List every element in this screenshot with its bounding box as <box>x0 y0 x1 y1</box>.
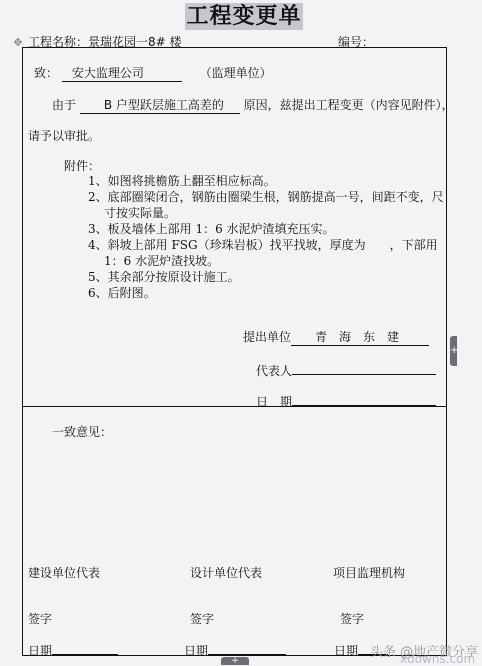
attachment-item: 3、板及墙体上部用 1：6 水泥炉渣填充压实。 <box>88 221 448 237</box>
consensus-label: 一致意见： <box>52 423 112 440</box>
to-label: 致： <box>34 66 58 80</box>
submitter-value[interactable]: 青 海 东 建 <box>291 328 429 346</box>
date-line: 日 期 <box>256 391 436 410</box>
date-label: 日 期 <box>256 395 292 409</box>
sign-date-label: 日期 <box>184 644 208 658</box>
attachment-list: 1、如图将挑檐筋上翻至相应标高。 2、底部圈梁闭合，钢筋由圈梁生根，钢筋提高一号… <box>88 173 448 301</box>
attachment-item: 4、斜坡上部用 FSG（珍珠岩板）找平找坡，厚度为 ，下部用 <box>88 237 448 253</box>
submitter-label: 提出单位 <box>243 330 291 344</box>
attachment-label: 附件： <box>64 157 100 174</box>
submitter-line: 提出单位青 海 东 建 <box>243 328 429 346</box>
attachment-item: 1：6 水泥炉渣找坡。 <box>88 253 448 269</box>
sign-col-title: 设计单位代表 <box>190 564 262 581</box>
reason-line: 由于 B 户型跃层施工高差的 原因，兹提出工程变更（内容见附件）， <box>52 96 454 114</box>
sign-label: 签字 <box>340 610 364 627</box>
approval-text: 请予以审批。 <box>28 127 100 144</box>
attachment-item: 6、后附图。 <box>88 285 448 301</box>
sign-date-field[interactable] <box>208 640 286 655</box>
sign-label: 签字 <box>28 610 52 627</box>
attachment-item: 2、底部圈梁闭合，钢筋由圈梁生根，钢筋提高一号，间距不变，尺 <box>88 189 448 205</box>
reason-suffix: 原因，兹提出工程变更（内容见附件）， <box>244 98 454 112</box>
representative-label: 代表人 <box>256 364 292 378</box>
to-line: 致： 安大监理公司 （监理单位） <box>34 64 272 82</box>
document-title: 工程变更单 <box>185 3 303 30</box>
attachment-item: 5、其余部分按原设计施工。 <box>88 269 448 285</box>
date-field[interactable] <box>292 391 436 406</box>
reason-value[interactable]: B 户型跃层施工高差的 <box>80 96 240 114</box>
sign-col-title: 项目监理机构 <box>333 564 405 581</box>
to-value[interactable]: 安大监理公司 <box>62 64 182 82</box>
representative-line: 代表人 <box>256 360 436 379</box>
sign-date-label: 日期 <box>334 644 358 658</box>
attachment-item: 寸按实际量。 <box>88 205 448 221</box>
expand-right-icon[interactable]: + <box>450 336 457 366</box>
representative-field[interactable] <box>292 360 436 375</box>
expand-bottom-icon[interactable]: + <box>221 657 249 665</box>
sign-label: 签字 <box>190 610 214 627</box>
watermark-site: xdowns.com <box>400 652 475 666</box>
sign-col-title: 建设单位代表 <box>28 564 100 581</box>
attachment-item: 1、如图将挑檐筋上翻至相应标高。 <box>88 173 448 189</box>
sign-date-field[interactable] <box>52 640 118 655</box>
sign-date-label: 日期 <box>28 644 52 658</box>
to-suffix: （监理单位） <box>200 66 272 80</box>
reason-prefix: 由于 <box>52 98 76 112</box>
sign-date-line: 日期 <box>28 640 118 659</box>
